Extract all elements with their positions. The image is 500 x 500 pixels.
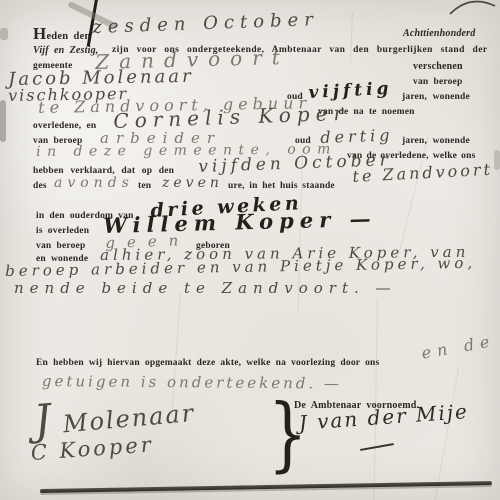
signature-underline-flourish [360, 443, 394, 451]
printed-heden-den: Heden den [33, 24, 91, 44]
fold-crease [373, 298, 378, 500]
printed-ten: ten [138, 181, 151, 191]
fold-crease [434, 368, 459, 500]
hw-witness1-age: vijftig [308, 79, 393, 103]
printed-van-beroep-1: van beroep [413, 77, 462, 87]
printed-is-overleden: is overleden [36, 226, 89, 236]
hw-record-date: zesden October [92, 9, 319, 38]
printed-year-tens: Vijf en Zestig, [33, 45, 99, 56]
printed-verschenen: verschenen [413, 61, 463, 72]
printed-jaren-wonende-1: jaren, wonende [402, 92, 470, 102]
printed-overledene-en: overledene, en [33, 121, 96, 131]
printed-jaren-wonende-2: jaren, wonende [402, 136, 470, 146]
hw-parents-line-3: nende beide te Zandvoort. — [14, 279, 397, 297]
paper-smudge [0, 28, 8, 40]
hw-death-hour: zeven [162, 175, 223, 191]
printed-van-beroep-3: van beroep [36, 241, 85, 251]
hw-death-daypart: avonds [54, 175, 134, 191]
printed-des: des [33, 181, 47, 191]
printed-year-hundreds: Achttienhonderd [403, 28, 475, 39]
paper-smudge [0, 100, 6, 142]
pen-flourish-mark [448, 0, 498, 16]
death-record-scan: Heden den zesden October Achttienhonderd… [0, 0, 500, 500]
bottom-rule [40, 481, 492, 492]
printed-closing-clause: En hebben wij hiervan opgemaakt deze akt… [36, 358, 379, 368]
printed-ure-huis-staande: ure, in het huis staande [228, 181, 335, 191]
paper-smudge [494, 150, 500, 170]
hw-closing-en-de: en de [420, 331, 497, 363]
